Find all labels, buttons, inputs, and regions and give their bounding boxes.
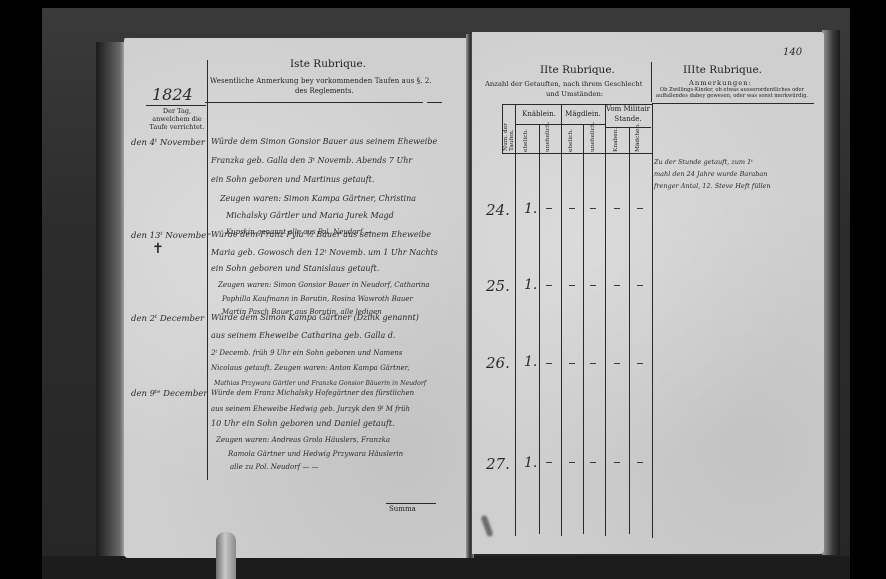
col-mil-girls: Mädchen. [635, 130, 641, 152]
rubric-1-desc: Wesentliche Anmerkung bey vorkommenden T… [210, 77, 432, 85]
empty-cell-dash [637, 208, 643, 209]
col-line [583, 124, 584, 534]
table-sub-rule-mil [605, 127, 651, 128]
empty-cell-dash [546, 363, 552, 364]
col-boys-illegit: unehelich. [545, 128, 551, 152]
empty-cell-dash [546, 285, 552, 286]
col-line [539, 124, 540, 534]
book-edge-right [822, 30, 840, 555]
col-girls-legit: ehelich. [568, 128, 574, 152]
col-line [652, 104, 653, 538]
col-girls-illegit: unehelich. [590, 128, 596, 152]
date-column-header: Der Tag, anwelchem die Taufe verrichtet. [146, 107, 208, 131]
entry-line: Maria geb. Gowosch den 12ᵗ Novemb. um 1 … [211, 248, 438, 257]
remark-line: mahl den 24 Jahre wurde Baraban [654, 170, 767, 178]
baptism-number: 26. [486, 354, 510, 372]
entry-line: alle zu Pol. Neudorf — — [230, 463, 319, 471]
rubric-2-desc: Anzahl der Getauften, nach ihrem Geschle… [485, 80, 642, 88]
entry-line: Würde dem Franz Pyla ½ Bauer aus seinem … [211, 230, 431, 239]
col-line [502, 104, 503, 154]
rubric-1-title: Iste Rubrique. [290, 58, 366, 70]
entry-line: 2ᵗ Decemb. früh 9 Uhr ein Sohn geboren u… [211, 349, 402, 357]
entry-line: Pophilla Kaufmann in Borutin, Rosina Waw… [222, 295, 413, 303]
entry-line: Franzka geb. Galla den 3ᵗ Novemb. Abends… [211, 156, 412, 165]
entry-line: Ramola Gärtner und Hedwig Przywara Häusl… [228, 450, 403, 458]
deceased-cross-icon: ✝ [152, 241, 164, 257]
baptism-number: 24. [486, 201, 510, 219]
book-edge-left [96, 42, 126, 562]
boys-legit-count: 1. [524, 201, 537, 217]
empty-cell-dash [569, 363, 575, 364]
col-line [629, 127, 630, 534]
empty-cell-dash [546, 462, 552, 463]
entry-line: ein Sohn geboren und Martinus getauft. [211, 175, 374, 184]
empty-cell-dash [637, 363, 643, 364]
page-number: 140 [783, 47, 802, 58]
col-number: Num. der Taufen. [503, 107, 515, 151]
rubric-3-subtitle: Anmerkungen: [689, 79, 752, 87]
year: 1824 [152, 85, 193, 104]
entry-line: Würde dem Franz Michalsky Hofegärtner de… [211, 389, 414, 397]
boys-legit-count: 1. [524, 277, 537, 293]
baptism-number: 27. [486, 455, 510, 473]
empty-cell-dash [590, 285, 596, 286]
entry-line: Mathias Przywara Gärtler und Franzka Gon… [214, 380, 426, 387]
col-line [515, 104, 516, 536]
empty-cell-dash [637, 285, 643, 286]
empty-cell-dash [637, 462, 643, 463]
empty-cell-dash [590, 208, 596, 209]
col-military: Vom Militair Stande. [604, 104, 652, 124]
col-boys: Knäblein. [518, 110, 560, 118]
entry-date: den 9ᵗᵉ December [131, 389, 207, 399]
rubric-3-rule [652, 103, 814, 104]
empty-cell-dash [614, 285, 620, 286]
col-boys-legit: ehelich. [523, 128, 529, 152]
left-header-rule [205, 102, 423, 103]
bookmark-ribbon [216, 532, 236, 579]
rubric-3-desc: Ob Zwillings-Kinder, ob etwas ausserorde… [652, 87, 812, 99]
remark-line: Zu der Stunde getauft, zum 1ᵗ [654, 158, 753, 166]
empty-cell-dash [614, 363, 620, 364]
entry-line: aus seinem Eheweibe Hedwig geb. Jurzyk d… [211, 405, 410, 413]
empty-cell-dash [569, 285, 575, 286]
rubric-2-title: IIte Rubrique. [540, 64, 615, 76]
entry-line: 10 Uhr ein Sohn geboren und Daniel getau… [211, 419, 395, 428]
empty-cell-dash [590, 363, 596, 364]
remark-line: frenger Antal, 12. Steve Heft füllen [654, 182, 771, 190]
entry-line: Michalsky Gärtler und Maria Jurek Magd [226, 211, 394, 220]
entry-date: den 2ᵗ December [131, 314, 204, 324]
entry-line: Nicolaus getauft. Zeugen waren: Anton Ka… [211, 364, 409, 372]
col-girls: Mägdlein. [562, 110, 604, 118]
entry-line: Zeugen waren: Simon Gonsior Bauer in Neu… [218, 281, 430, 289]
baptism-number: 25. [486, 277, 510, 295]
summa-label: Summa [389, 505, 416, 513]
entry-line: aus seinem Eheweibe Catharina geb. Galla… [211, 331, 395, 340]
empty-cell-dash [614, 208, 620, 209]
left-header-rule-end [427, 102, 442, 103]
boys-legit-count: 1. [524, 455, 537, 471]
entry-date: den 13ᵗ November [131, 231, 210, 241]
col-line [561, 104, 562, 536]
empty-cell-dash [569, 462, 575, 463]
empty-cell-dash [590, 462, 596, 463]
bottom-shadow [42, 556, 850, 579]
entry-line: Zeugen waren: Andreas Grola Häuslers, Fr… [216, 436, 390, 444]
entry-date: den 4ᵗ November [131, 138, 205, 148]
entry-line: ein Sohn geboren und Stanislaus getauft. [211, 264, 379, 273]
col-mil-boys: Knaben. [613, 130, 619, 152]
col-line [605, 104, 606, 536]
rubric-2-desc-2: und Umständen: [546, 90, 603, 98]
boys-legit-count: 1. [524, 354, 537, 370]
rubric-1-desc-2: des Reglements. [295, 87, 354, 95]
summa-rule [386, 503, 436, 504]
empty-cell-dash [569, 208, 575, 209]
empty-cell-dash [614, 462, 620, 463]
entry-line: Würde dem Simon Gonsior Bauer aus seinem… [211, 137, 437, 146]
year-rule [146, 105, 206, 106]
rubric-divider [651, 62, 652, 102]
entry-line: Zeugen waren: Simon Kampa Gärtner, Chris… [220, 194, 416, 203]
entry-line: Würde dem Simon Kampa Gärtner (Dzink gen… [211, 313, 419, 322]
empty-cell-dash [546, 208, 552, 209]
rubric-3-title: IIIte Rubrique. [683, 64, 762, 76]
